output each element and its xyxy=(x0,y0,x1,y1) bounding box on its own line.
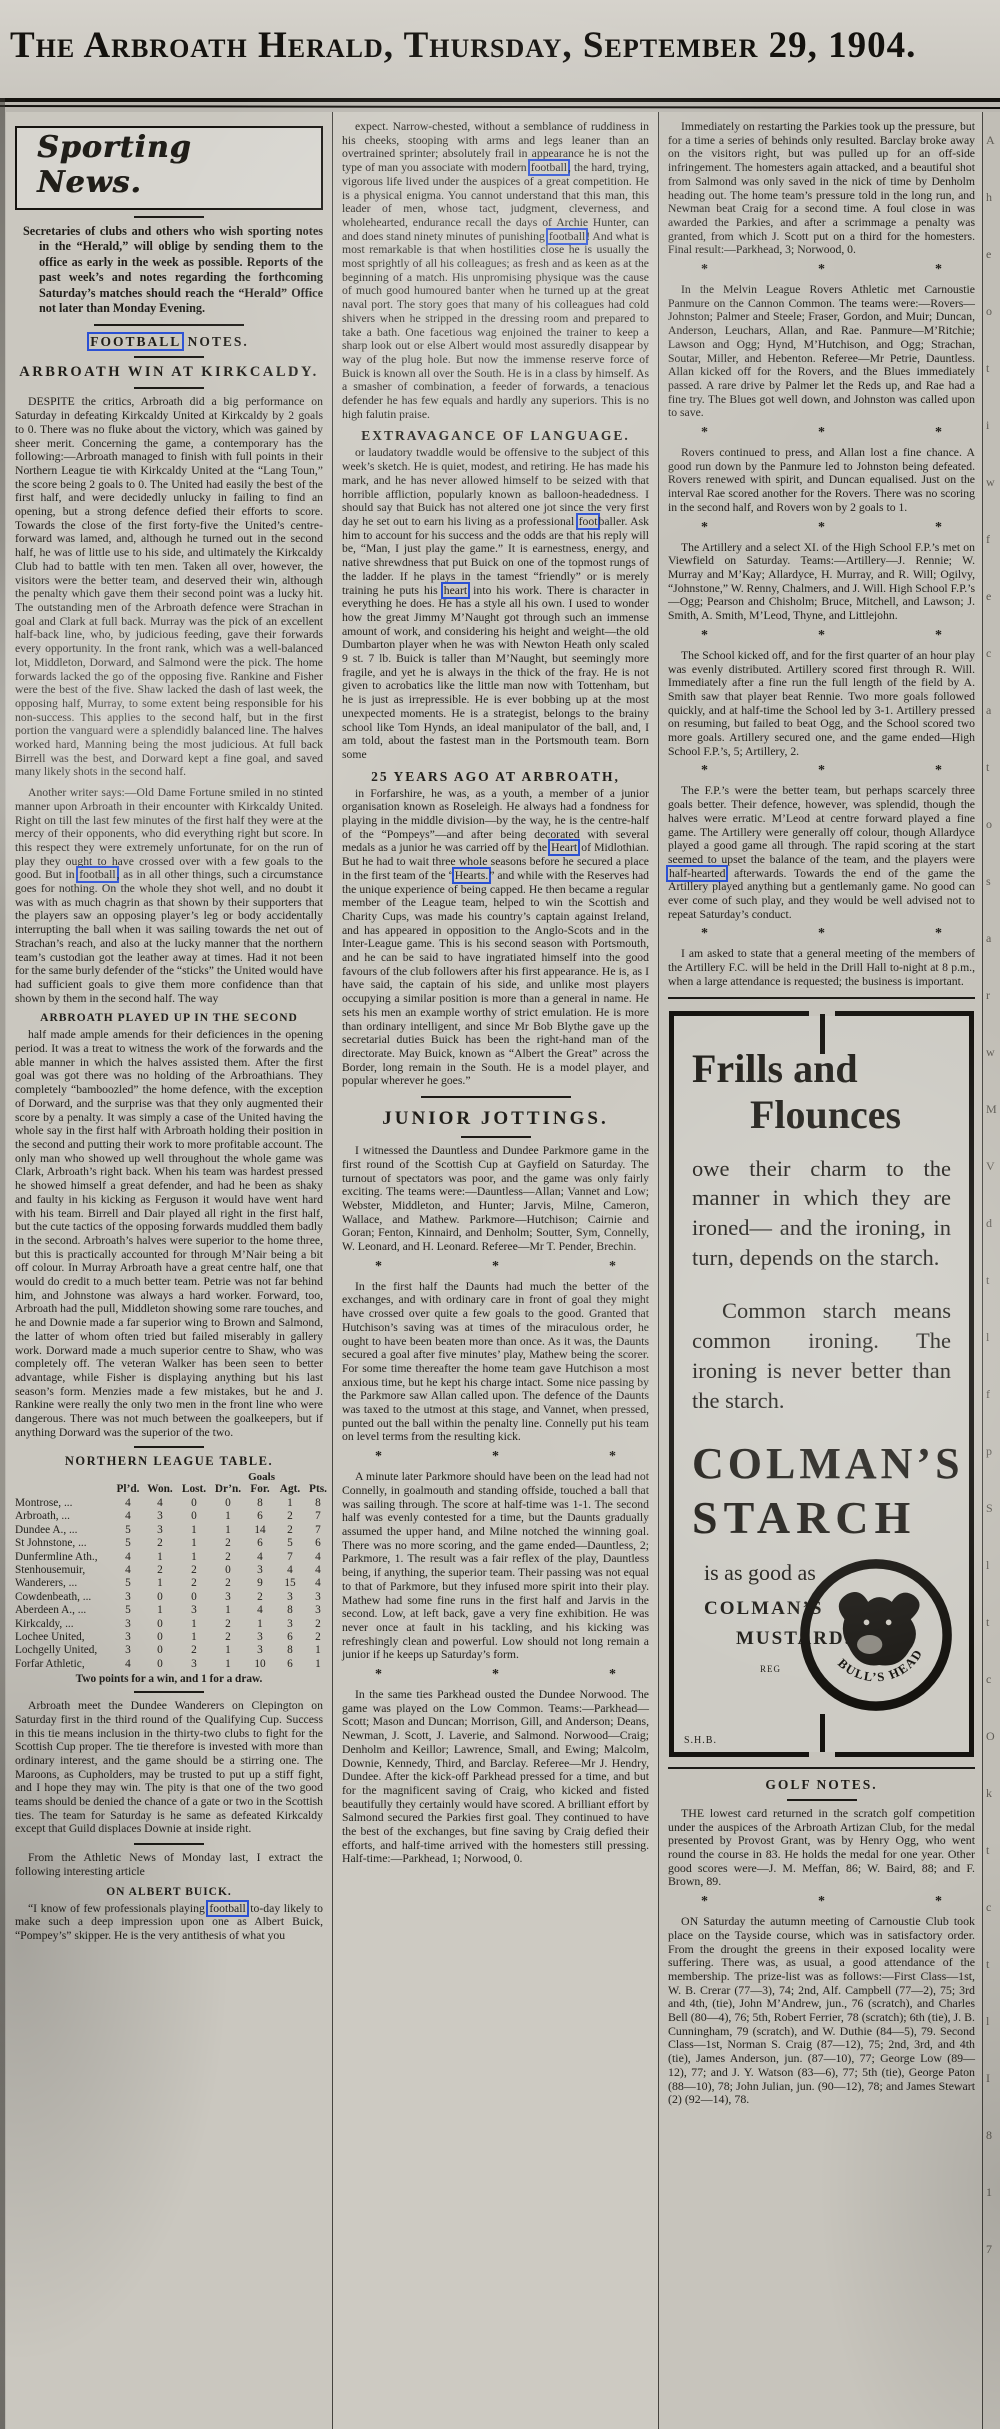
article-paragraph: half made ample amends for their deficie… xyxy=(15,1028,323,1439)
junior-jottings-heading: JUNIOR JOTTINGS. xyxy=(342,1108,649,1130)
article-paragraph: expect. Narrow-chested, without a sembla… xyxy=(342,120,649,421)
table-row: Lochgelly United,3021381 xyxy=(15,1644,323,1657)
table-row: Wanderers, ...51229154 xyxy=(15,1577,323,1590)
colmans-block: COLMAN’S STARCH is as good as COLMAN’S M… xyxy=(692,1438,951,1738)
divider-rule xyxy=(134,1843,204,1845)
asterisk: * xyxy=(492,1451,499,1463)
golf-notes-heading: GOLF NOTES. xyxy=(668,1777,975,1793)
advert-frame-tick xyxy=(820,1014,825,1054)
divider-rule xyxy=(787,1799,857,1801)
northern-league-table: NORTHERN LEAGUE TABLE. Goals Pl’d.Won.Lo… xyxy=(15,1454,323,1685)
section-separator: *** xyxy=(342,1669,649,1681)
advert-body: owe their charm to the manner in which t… xyxy=(692,1154,951,1274)
divider-rule xyxy=(134,387,204,389)
asterisk: * xyxy=(818,630,825,642)
search-highlight: half-hearted xyxy=(668,867,726,880)
asterisk: * xyxy=(818,522,825,534)
table-row: Cowdenbeath, ...3003233 xyxy=(15,1591,323,1604)
search-highlight: heart xyxy=(443,584,468,597)
asterisk: * xyxy=(609,1451,616,1463)
divider-rule xyxy=(94,324,244,326)
page-title: The Arbroath Herald, Thursday, September… xyxy=(0,0,1000,67)
search-highlight: Hearts. xyxy=(454,869,489,882)
masthead-rule xyxy=(0,105,1000,109)
table-row: Lochee United,3012362 xyxy=(15,1631,323,1644)
asterisk: * xyxy=(935,765,942,777)
article-paragraph: ON Saturday the autumn meeting of Carnou… xyxy=(668,1915,975,2107)
asterisk: * xyxy=(935,522,942,534)
article-paragraph: THE lowest card returned in the scratch … xyxy=(668,1807,975,1889)
table-row: Dunfermline Ath.,4112474 xyxy=(15,1551,323,1564)
asterisk: * xyxy=(701,765,708,777)
article-paragraph: or laudatory twaddle would be offensive … xyxy=(342,446,649,761)
table-row: Arbroath, ...4301627 xyxy=(15,1510,323,1523)
divider-rule xyxy=(134,216,204,218)
asterisk: * xyxy=(935,264,942,276)
article-paragraph: I witnessed the Dauntless and Dundee Par… xyxy=(342,1144,649,1254)
asterisk: * xyxy=(701,928,708,940)
article-paragraph: I am asked to state that a general meeti… xyxy=(668,947,975,988)
search-highlight: foot xyxy=(578,515,599,528)
divider-rule xyxy=(134,1691,204,1693)
table-header: Pl’d.Won.Lost.Dr’n.For.Agt.Pts. xyxy=(15,1483,323,1496)
article-paragraph: in Forfarshire, he was, as a youth, a me… xyxy=(342,787,649,1088)
article-paragraph: The Artillery and a select XI. of the Hi… xyxy=(668,541,975,623)
table-row: Kirkcaldy, ...3012132 xyxy=(15,1618,323,1631)
search-highlight: FOOTBALL xyxy=(89,334,182,349)
table-row: Forfar Athletic,40311061 xyxy=(15,1658,323,1671)
divider-rule xyxy=(461,1136,531,1138)
article-paragraph: DESPITE the critics, Arbroath did a big … xyxy=(15,395,323,779)
25-years-heading: 25 YEARS AGO AT ARBROATH, xyxy=(342,769,649,785)
secretaries-notice: Secretaries of clubs and others who wish… xyxy=(15,224,323,316)
bulls-head-logo-icon: BULL’S HEAD xyxy=(797,1556,955,1714)
column-right: Immediately on restarting the Parkies to… xyxy=(658,112,984,2429)
colmans-product: STARCH xyxy=(692,1491,951,1544)
asterisk: * xyxy=(701,264,708,276)
table-row: Stenhousemuir,4220344 xyxy=(15,1564,323,1577)
divider-rule xyxy=(134,356,204,358)
asterisk: * xyxy=(818,1896,825,1908)
column-left: Sporting News. Secretaries of clubs and … xyxy=(6,112,332,2429)
sporting-news-banner: Sporting News. xyxy=(15,126,323,210)
article-paragraph: In the first half the Daunts had much th… xyxy=(342,1280,649,1444)
table-row: Montrose, ...4400818 xyxy=(15,1497,323,1510)
section-separator: *** xyxy=(668,928,975,940)
table-row: St Johnstone, ...5212656 xyxy=(15,1537,323,1550)
advert-title-line2: Flounces xyxy=(692,1092,951,1138)
asterisk: * xyxy=(935,427,942,439)
asterisk: * xyxy=(701,1896,708,1908)
divider-rule xyxy=(668,997,975,999)
arbroath-win-heading: ARBROATH WIN AT KIRKCALDY. xyxy=(15,364,323,381)
colmans-brand: COLMAN’S xyxy=(692,1438,951,1489)
football-notes-heading: FOOTBALL NOTES. xyxy=(15,334,323,350)
extravagance-heading: EXTRAVAGANCE OF LANGUAGE. xyxy=(342,428,649,444)
search-highlight: football xyxy=(78,868,116,881)
asterisk: * xyxy=(818,928,825,940)
advert-printer-mark: S.H.B. xyxy=(684,1735,717,1746)
section-separator: *** xyxy=(668,1896,975,1908)
divider-rule xyxy=(421,1096,571,1098)
section-separator: *** xyxy=(668,427,975,439)
article-paragraph: The F.P.’s were the better team, but per… xyxy=(668,784,975,921)
asterisk: * xyxy=(375,1261,382,1273)
asterisk: * xyxy=(935,1896,942,1908)
table-row: Dundee A., ...53111427 xyxy=(15,1524,323,1537)
search-highlight: Heart xyxy=(550,841,578,854)
asterisk: * xyxy=(818,427,825,439)
table-row: Aberdeen A., ...5131483 xyxy=(15,1604,323,1617)
asterisk: * xyxy=(935,928,942,940)
advert-title-line1: Frills and xyxy=(692,1046,858,1091)
search-highlight: football xyxy=(548,230,586,243)
asterisk: * xyxy=(609,1669,616,1681)
section-separator: *** xyxy=(668,765,975,777)
article-paragraph: Arbroath meet the Dundee Wanderers on Cl… xyxy=(15,1699,323,1836)
article-paragraph: Rovers continued to press, and Allan los… xyxy=(668,446,975,515)
played-up-subheading: ARBROATH PLAYED UP IN THE SECOND xyxy=(15,1012,323,1024)
article-paragraph: Immediately on restarting the Parkies to… xyxy=(668,120,975,257)
table-title: NORTHERN LEAGUE TABLE. xyxy=(15,1454,323,1469)
league-table-rows: Montrose, ...4400818Arbroath, ...4301627… xyxy=(15,1497,323,1671)
article-paragraph: In the Melvin League Rovers Athletic met… xyxy=(668,283,975,420)
asterisk: * xyxy=(818,264,825,276)
asterisk: * xyxy=(701,427,708,439)
table-footnote: Two points for a win, and 1 for a draw. xyxy=(15,1673,323,1685)
table-goals-label: Goals xyxy=(15,1471,323,1483)
article-paragraph: From the Athletic News of Monday last, I… xyxy=(15,1851,323,1878)
columns: Sporting News. Secretaries of clubs and … xyxy=(6,112,985,2429)
search-highlight: football xyxy=(208,1902,246,1915)
asterisk: * xyxy=(375,1451,382,1463)
divider-rule xyxy=(668,1767,975,1769)
advert-body: Common starch means common ironing. The … xyxy=(692,1296,951,1416)
asterisk: * xyxy=(701,522,708,534)
section-separator: *** xyxy=(668,522,975,534)
section-separator: *** xyxy=(342,1261,649,1273)
divider-rule xyxy=(134,1446,204,1448)
asterisk: * xyxy=(609,1261,616,1273)
asterisk: * xyxy=(492,1261,499,1273)
golf-notes-section: GOLF NOTES. THE lowest card returned in … xyxy=(668,1777,975,2107)
masthead: The Arbroath Herald, Thursday, September… xyxy=(0,0,1000,102)
search-highlight: football xyxy=(530,161,568,174)
next-page-edge-fragments: A h e o t i w f e c a t o s a r w M V d … xyxy=(982,112,1000,2429)
article-paragraph: “I know of few professionals playing foo… xyxy=(15,1902,323,1943)
article-paragraph: Another writer says:—Old Dame Fortune sm… xyxy=(15,786,323,1005)
article-paragraph: A minute later Parkmore should have been… xyxy=(342,1470,649,1662)
section-separator: *** xyxy=(342,1451,649,1463)
article-paragraph: In the same ties Parkhead ousted the Dun… xyxy=(342,1688,649,1866)
colmans-starch-advert: Frills and Flounces owe their charm to t… xyxy=(669,1011,974,1757)
asterisk: * xyxy=(701,630,708,642)
asterisk: * xyxy=(492,1669,499,1681)
section-separator: *** xyxy=(668,264,975,276)
advert-title: Frills and Flounces xyxy=(692,1046,951,1138)
asterisk: * xyxy=(935,630,942,642)
advert-reg-mark: REG xyxy=(760,1664,781,1674)
asterisk: * xyxy=(375,1669,382,1681)
column-middle: expect. Narrow-chested, without a sembla… xyxy=(332,112,658,2429)
scan-left-edge xyxy=(0,98,5,2429)
section-separator: *** xyxy=(668,630,975,642)
article-paragraph: The School kicked off, and for the first… xyxy=(668,649,975,759)
newspaper-page: The Arbroath Herald, Thursday, September… xyxy=(0,0,1000,2429)
asterisk: * xyxy=(818,765,825,777)
on-albert-buick-subheading: ON ALBERT BUICK. xyxy=(15,1886,323,1898)
